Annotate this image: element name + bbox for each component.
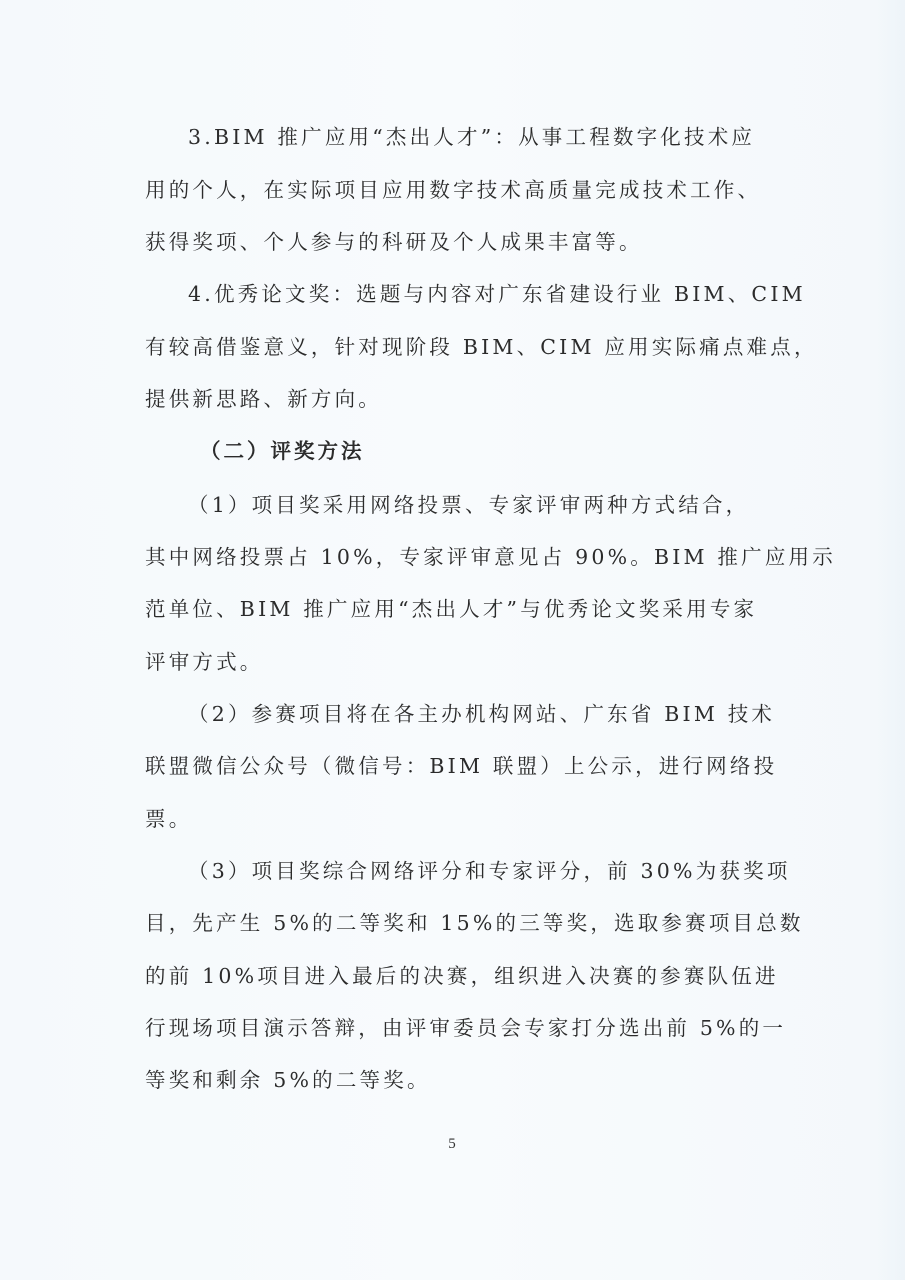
text-line: 的前 10%项目进入最后的决赛，组织进入决赛的参赛队伍进 — [145, 962, 785, 990]
scan-edge-shading — [875, 0, 905, 1280]
section-heading: （二）评奖方法 — [200, 437, 840, 465]
text-line: 有较高借鉴意义，针对现阶段 BIM、CIM 应用实际痛点难点， — [145, 333, 785, 361]
page-number: 5 — [440, 1136, 464, 1153]
text-line: 4.优秀论文奖：选题与内容对广东省建设行业 BIM、CIM — [188, 280, 828, 308]
text-line: 票。 — [145, 805, 785, 833]
text-line: 提供新思路、新方向。 — [145, 385, 785, 413]
text-line: 评审方式。 — [145, 648, 785, 676]
text-line: 行现场项目演示答辩，由评审委员会专家打分选出前 5%的一 — [145, 1014, 785, 1042]
text-line: 目，先产生 5%的二等奖和 15%的三等奖，选取参赛项目总数 — [145, 909, 785, 937]
text-line: 3.BIM 推广应用“杰出人才”：从事工程数字化技术应 — [188, 123, 828, 151]
text-line: 获得奖项、个人参与的科研及个人成果丰富等。 — [145, 228, 785, 256]
text-line: 其中网络投票占 10%，专家评审意见占 90%。BIM 推广应用示 — [145, 543, 785, 571]
text-line: （3）项目奖综合网络评分和专家评分，前 30%为获奖项 — [188, 857, 828, 885]
text-line: （2）参赛项目将在各主办机构网站、广东省 BIM 技术 — [188, 700, 828, 728]
text-line: 等奖和剩余 5%的二等奖。 — [145, 1066, 785, 1094]
text-line: 联盟微信公众号（微信号：BIM 联盟）上公示，进行网络投 — [145, 752, 785, 780]
text-line: 范单位、BIM 推广应用“杰出人才”与优秀论文奖采用专家 — [145, 595, 785, 623]
text-line: 用的个人，在实际项目应用数字技术高质量完成技术工作、 — [145, 176, 785, 204]
document-page: 3.BIM 推广应用“杰出人才”：从事工程数字化技术应 用的个人，在实际项目应用… — [0, 0, 905, 1280]
text-line: （1）项目奖采用网络投票、专家评审两种方式结合， — [188, 491, 828, 519]
